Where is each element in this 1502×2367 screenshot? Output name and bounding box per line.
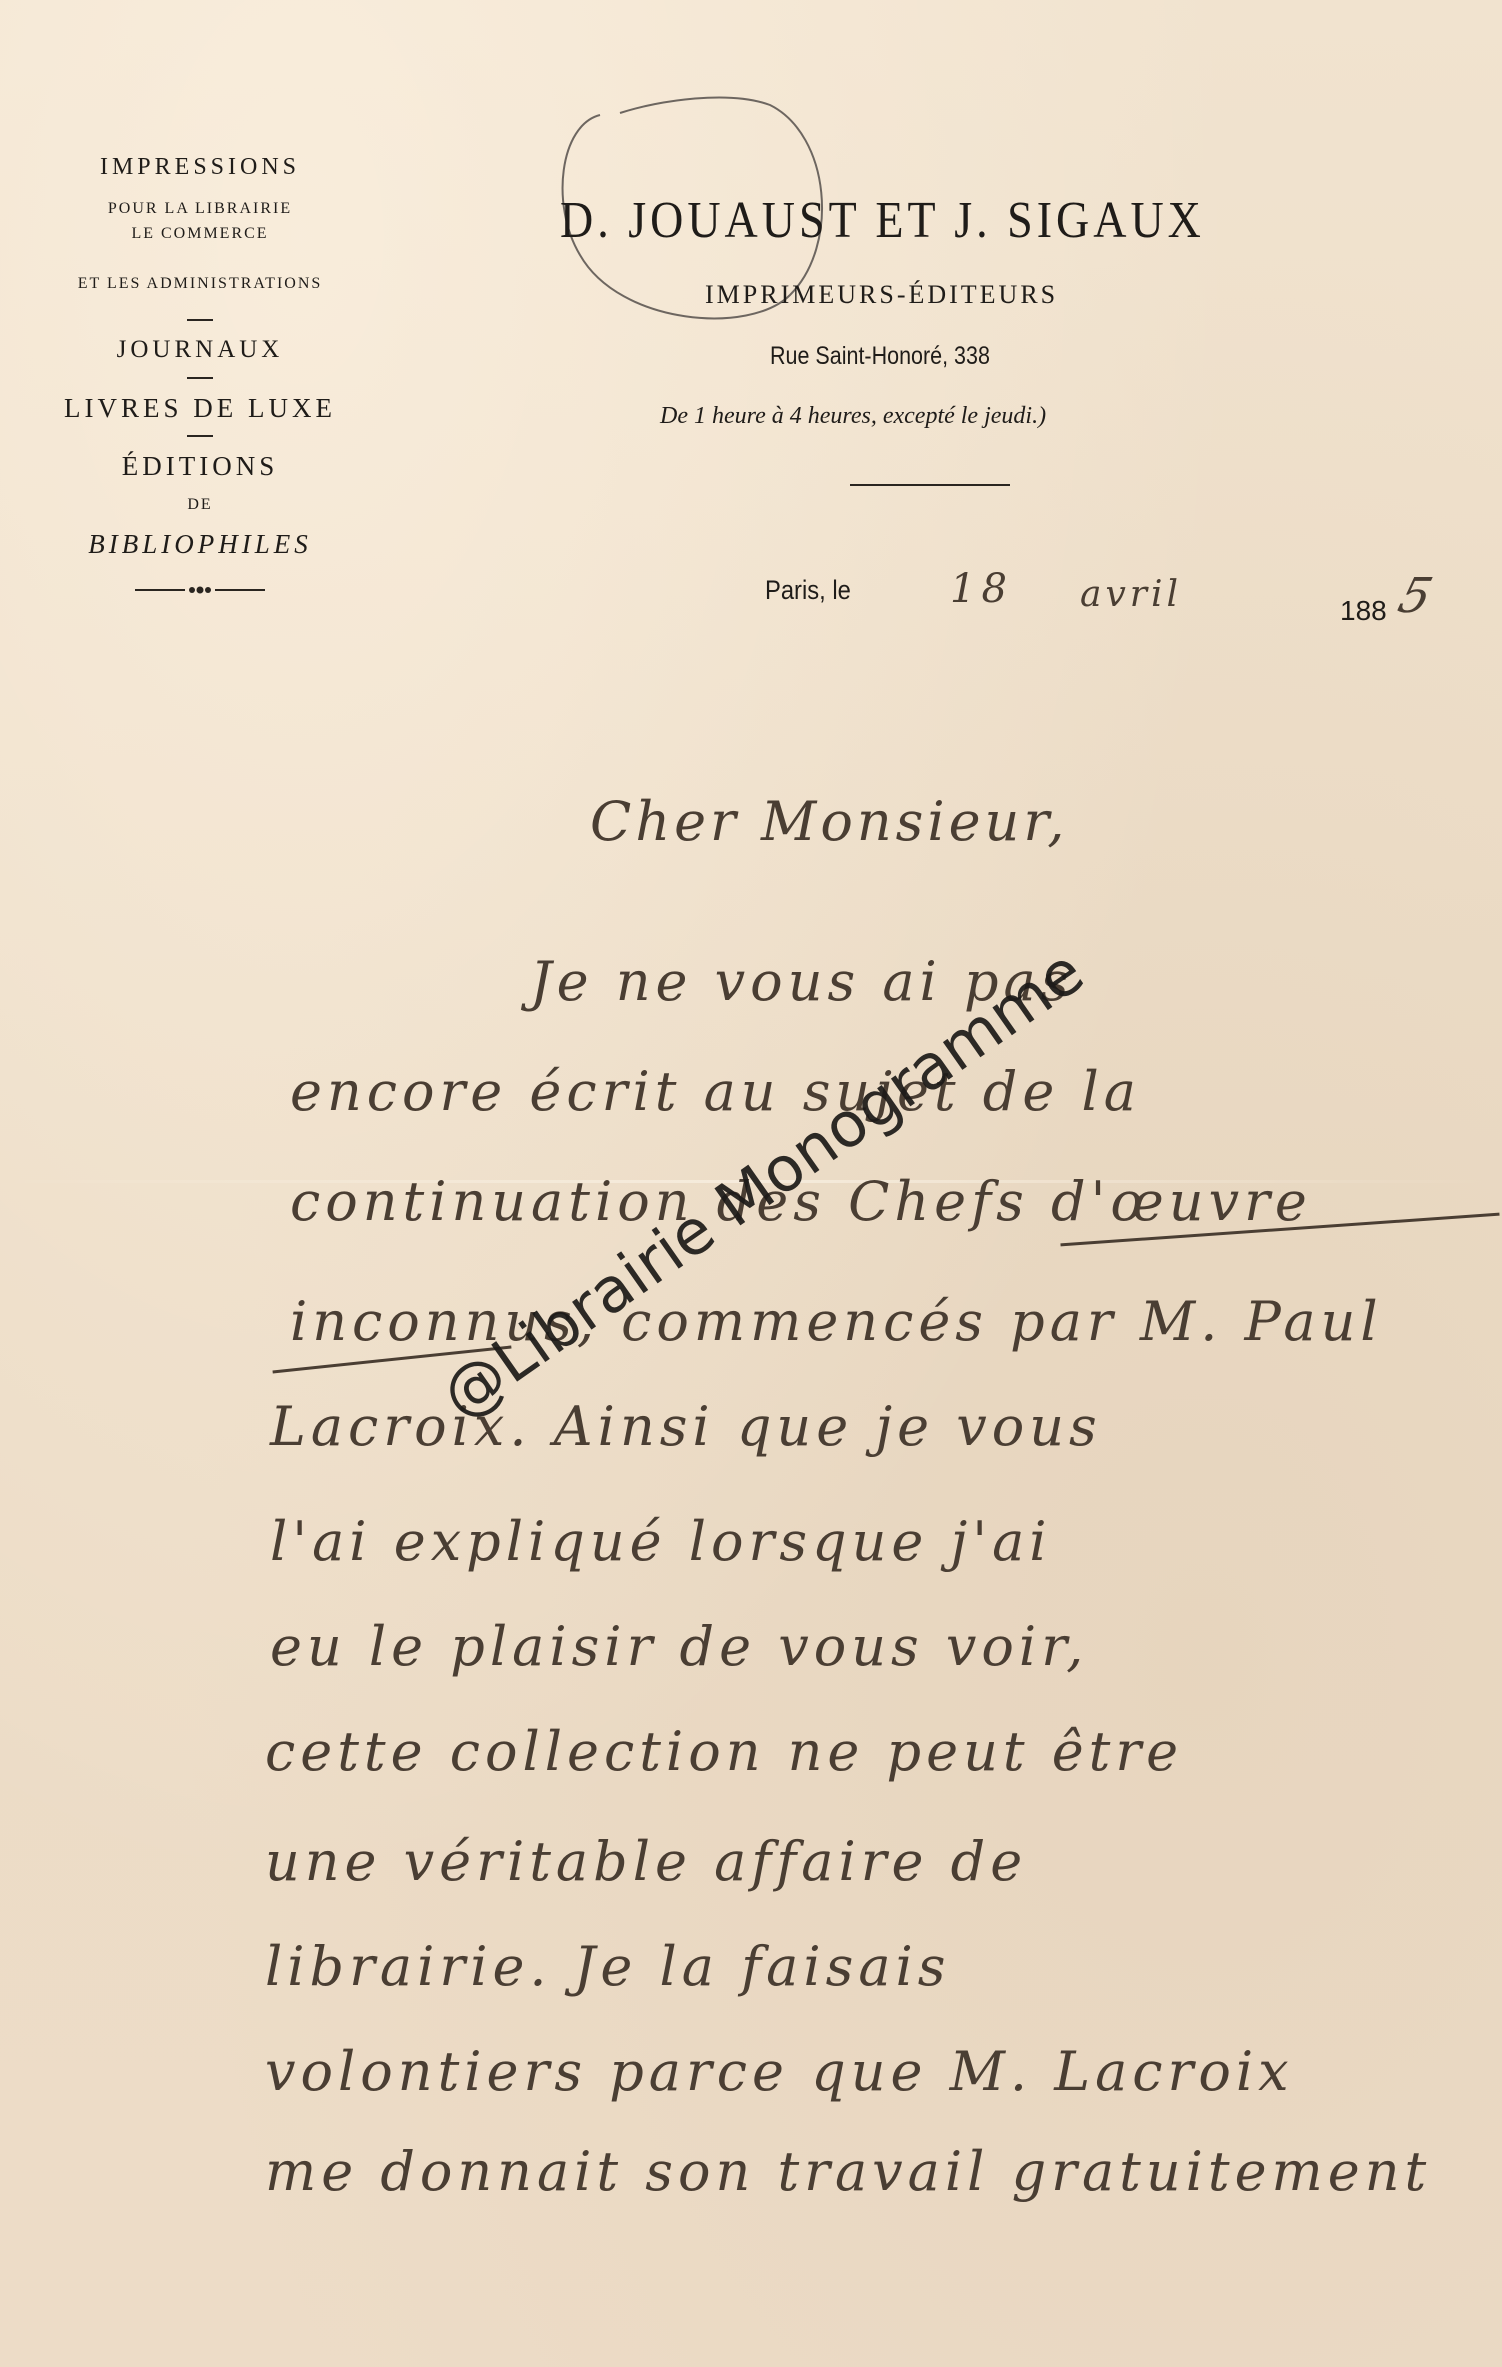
bibliophiles: BIBLIOPHILES (40, 527, 360, 561)
letter-line: me donnait son travail gratuitement (265, 2140, 1431, 2203)
letter-line: volontiers parce que M. Lacroix (265, 2040, 1294, 2103)
salutation: Cher Monsieur, (590, 790, 1068, 853)
editions: ÉDITIONS (40, 449, 360, 483)
divider-dash (187, 319, 213, 321)
letter-line: Lacroix. Ainsi que je vous (270, 1395, 1102, 1458)
livres-de-luxe: LIVRES DE LUXE (40, 391, 360, 425)
letter-line: une véritable affaire de (265, 1830, 1027, 1893)
dateline-prefix: Paris, le (765, 575, 851, 606)
business-hours: De 1 heure à 4 heures, excepté le jeudi.… (660, 403, 1046, 430)
divider-dash (187, 435, 213, 437)
header-rule (850, 484, 1010, 486)
letter-line: l'ai expliqué lorsque j'ai (270, 1510, 1052, 1573)
et-les-administrations: ET LES ADMINISTRATIONS (40, 259, 360, 309)
letter-line: librairie. Je la faisais (265, 1935, 951, 1998)
printed-year: 188 (1340, 595, 1387, 627)
de: DE (40, 483, 360, 527)
handwritten-day: 18 (950, 566, 1013, 612)
impressions-heading: IMPRESSIONS (40, 150, 360, 184)
handwritten-month: avril (1080, 574, 1182, 615)
journaux: JOURNAUX (40, 333, 360, 367)
letter-line: encore écrit au sujet de la (290, 1060, 1141, 1123)
letter-line: eu le plaisir de vous voir, (270, 1615, 1088, 1678)
firm-name: D. JOUAUST ET J. SIGAUX (560, 190, 1205, 249)
divider-dash (187, 377, 213, 379)
letter-line: inconnus, commencés par M. Paul (290, 1290, 1383, 1353)
letterhead-left-column: IMPRESSIONS POUR LA LIBRAIRIE LE COMMERC… (40, 150, 360, 595)
ornament-rule-icon (135, 585, 265, 595)
letter-line: cette collection ne peut être (265, 1720, 1183, 1783)
firm-subtitle: IMPRIMEURS-ÉDITEURS (705, 280, 1058, 310)
firm-address: Rue Saint-Honoré, 338 (770, 342, 990, 371)
